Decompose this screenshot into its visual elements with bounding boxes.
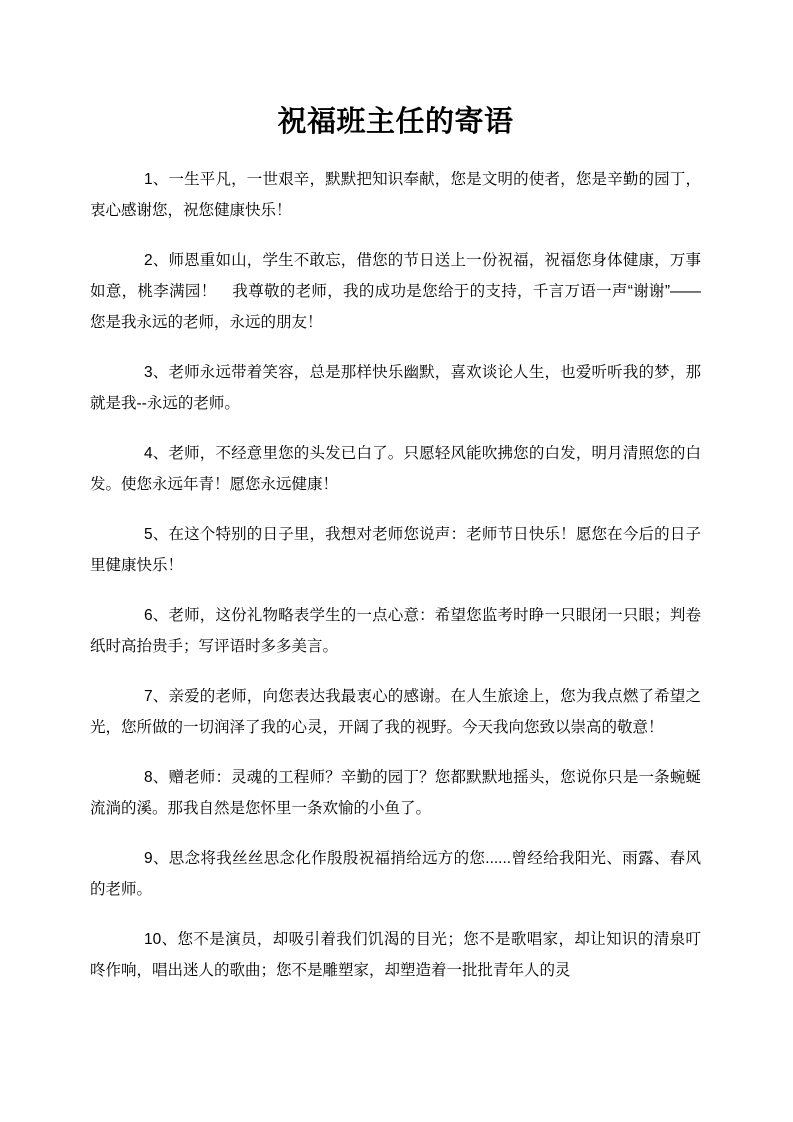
blessing-paragraph-7: 7、亲爱的老师，向您表达我最衷心的感谢。在人生旅途上，您为我点燃了希望之光，您所… (90, 681, 701, 743)
blessing-paragraph-5: 5、在这个特别的日子里，我想对老师您说声：老师节日快乐！愿您在今后的日子里健康快… (90, 519, 701, 581)
blessing-paragraph-1: 1、一生平凡，一世艰辛，默默把知识奉献，您是文明的使者，您是辛勤的园丁，衷心感谢… (90, 164, 701, 226)
document-page: 祝福班主任的寄语 1、一生平凡，一世艰辛，默默把知识奉献，您是文明的使者，您是辛… (0, 0, 793, 1122)
blessing-paragraph-2: 2、师恩重如山，学生不敢忘，借您的节日送上一份祝福，祝福您身体健康，万事如意，桃… (90, 245, 701, 338)
document-title: 祝福班主任的寄语 (90, 104, 701, 140)
blessing-paragraph-6: 6、老师，这份礼物略表学生的一点心意：希望您监考时睁一只眼闭一只眼；判卷纸时高抬… (90, 600, 701, 662)
blessing-paragraph-3: 3、老师永远带着笑容，总是那样快乐幽默，喜欢谈论人生，也爱听听我的梦，那就是我-… (90, 357, 701, 419)
blessing-paragraph-9: 9、思念将我丝丝思念化作殷殷祝福捎给远方的您......曾经给我阳光、雨露、春风… (90, 843, 701, 905)
blessing-paragraph-8: 8、赠老师：灵魂的工程师？辛勤的园丁？您都默默地摇头，您说你只是一条蜿蜒流淌的溪… (90, 762, 701, 824)
blessing-paragraph-4: 4、老师，不经意里您的头发已白了。只愿轻风能吹拂您的白发，明月清照您的白发。使您… (90, 438, 701, 500)
blessing-paragraph-10: 10、您不是演员，却吸引着我们饥渴的目光；您不是歌唱家，却让知识的清泉叮咚作响，… (90, 924, 701, 986)
document-body: 1、一生平凡，一世艰辛，默默把知识奉献，您是文明的使者，您是辛勤的园丁，衷心感谢… (90, 164, 701, 986)
